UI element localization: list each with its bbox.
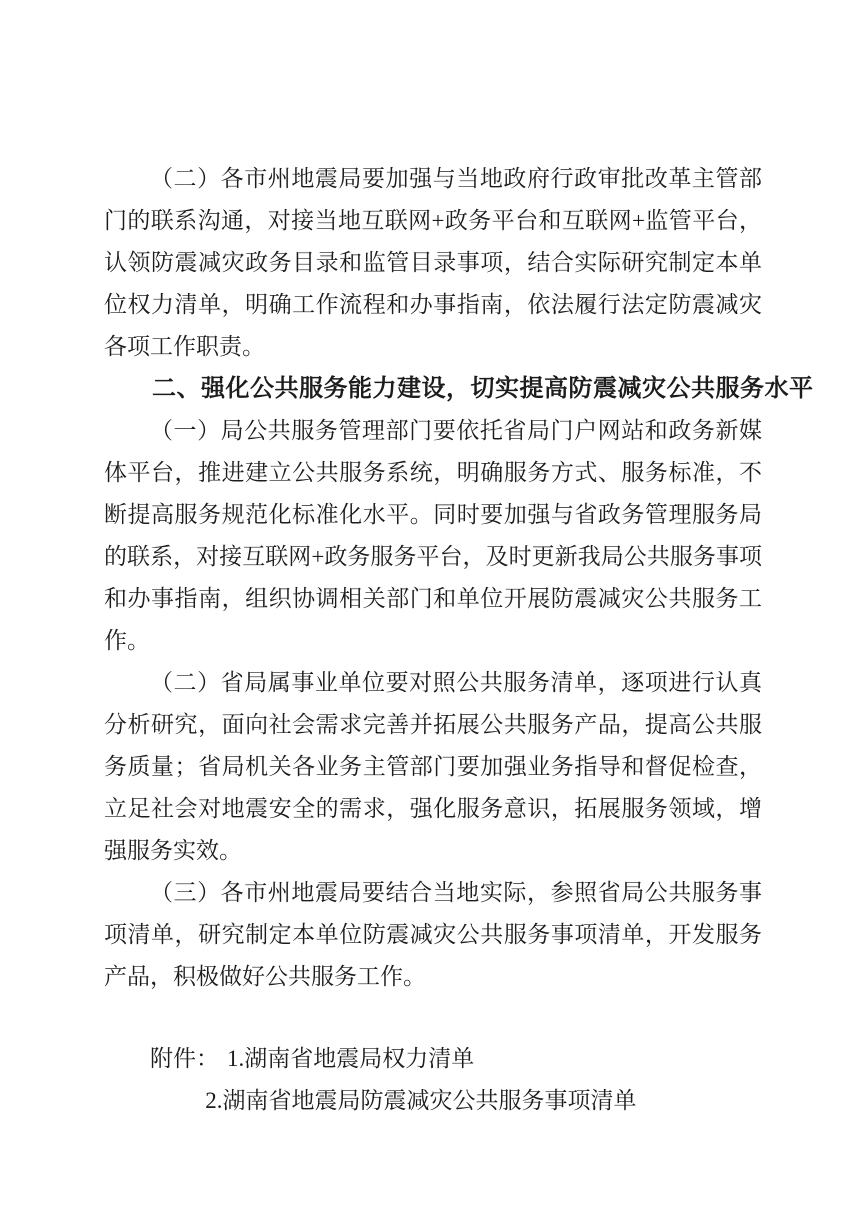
paragraph-section2-item2: （二）省局属事业单位要对照公共服务清单，逐项进行认真分析研究，面向社会需求完善并… [104,662,762,872]
paragraph-section2-item1: （一）局公共服务管理部门要依托省局门户网站和政务新媒体平台，推进建立公共服务系统… [104,410,762,662]
attachment-line-2: 2.湖南省地震局防震减灾公共服务事项清单 [104,1080,762,1122]
attachment-label: 附件： [150,1046,227,1071]
attachments-block: 附件：1.湖南省地震局权力清单 2.湖南省地震局防震减灾公共服务事项清单 [104,1038,762,1122]
attachment-item-1: 1.湖南省地震局权力清单 [227,1046,474,1071]
section-heading-2: 二、强化公共服务能力建设，切实提高防震减灾公共服务水平 [104,368,762,410]
document-page: （二）各市州地震局要加强与当地政府行政审批改革主管部门的联系沟通，对接当地互联网… [0,0,866,1224]
paragraph-section1-item2: （二）各市州地震局要加强与当地政府行政审批改革主管部门的联系沟通，对接当地互联网… [104,158,762,368]
attachment-item-2: 2.湖南省地震局防震减灾公共服务事项清单 [205,1088,636,1113]
paragraph-section2-item3: （三）各市州地震局要结合当地实际，参照省局公共服务事项清单，研究制定本单位防震减… [104,872,762,998]
attachment-line-1: 附件：1.湖南省地震局权力清单 [104,1038,762,1080]
